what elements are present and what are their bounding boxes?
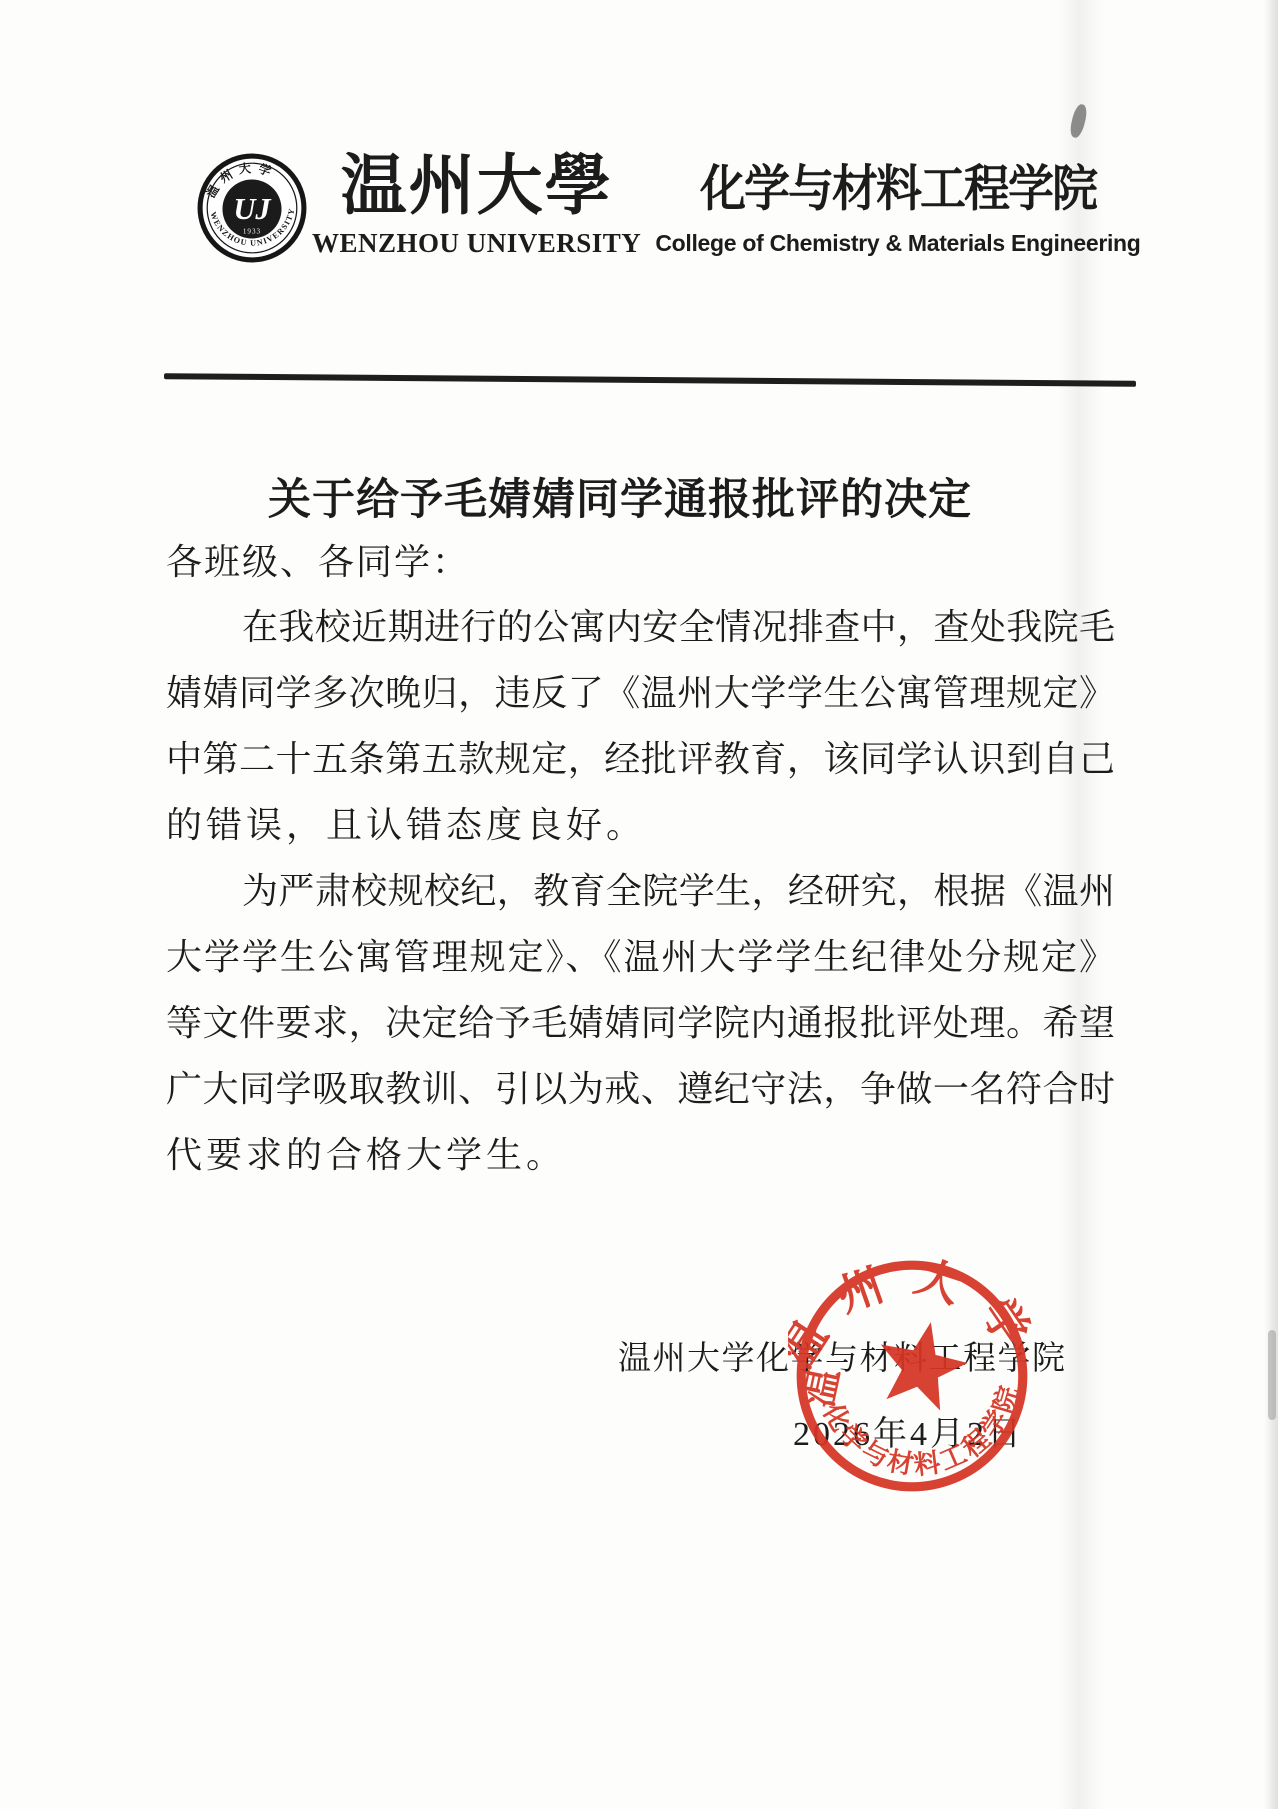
body-line: 大学学生公寓管理规定》、《温州大学学生纪律处分规定》	[166, 924, 1115, 990]
letterhead-text: 温州大學 WENZHOU UNIVERSITY 化学与材料工程学院 Colleg…	[312, 142, 1141, 258]
notice-body: 在我校近期进行的公寓内安全情况排查中，查处我院毛 婧婧同学多次晚归，违反了《温州…	[166, 594, 1115, 1188]
university-name-cn: 温州大學	[341, 142, 613, 228]
body-line: 为严肃校规校纪，教育全院学生，经研究，根据《温州	[166, 858, 1115, 924]
logo-monogram: UJ	[233, 192, 272, 226]
notice-salutation: 各班级、各同学：	[166, 534, 470, 585]
body-line: 代要求的合格大学生。	[166, 1122, 1115, 1188]
body-line: 广大同学吸取教训、引以为戒、遵纪守法，争做一名符合时	[166, 1056, 1115, 1122]
body-line: 等文件要求，决定给予毛婧婧同学院内通报批评处理。希望	[166, 990, 1115, 1056]
official-red-stamp: 温州大学 化学与材料工程学院 温	[788, 1252, 1036, 1500]
college-name-block: 化学与材料工程学院 College of Chemistry & Materia…	[655, 142, 1140, 258]
scan-smudge	[1068, 103, 1089, 139]
university-name-block: 温州大學 WENZHOU UNIVERSITY	[312, 142, 641, 258]
university-name-en: WENZHOU UNIVERSITY	[312, 228, 641, 258]
body-line: 在我校近期进行的公寓内安全情况排查中，查处我院毛	[166, 594, 1115, 660]
body-line: 的错误，且认错态度良好。	[166, 792, 1115, 858]
body-line: 婧婧同学多次晚归，违反了《温州大学学生公寓管理规定》	[166, 660, 1115, 726]
university-seal-logo-icon: 温州大学 WENZHOU UNIVERSITY UJ 1933	[196, 152, 308, 264]
stamp-side-char: 温	[797, 1364, 847, 1411]
letterhead: 温州大学 WENZHOU UNIVERSITY UJ 1933 温州大學 WEN…	[196, 142, 1141, 264]
college-name-en: College of Chemistry & Materials Enginee…	[655, 228, 1140, 258]
scan-edge-shadow	[1264, 0, 1278, 1809]
scanned-notice-page: 温州大学 WENZHOU UNIVERSITY UJ 1933 温州大學 WEN…	[0, 0, 1278, 1809]
college-name-cn: 化学与材料工程学院	[700, 145, 1096, 231]
scan-smudge	[1268, 1330, 1276, 1420]
header-divider-rule	[164, 373, 1136, 387]
body-line: 中第二十五条第五款规定，经批评教育，该同学认识到自己	[166, 726, 1115, 792]
logo-year: 1933	[243, 227, 261, 235]
notice-title: 关于给予毛婧婧同学通报批评的决定	[165, 466, 1075, 527]
stamp-star-icon	[870, 1313, 974, 1414]
